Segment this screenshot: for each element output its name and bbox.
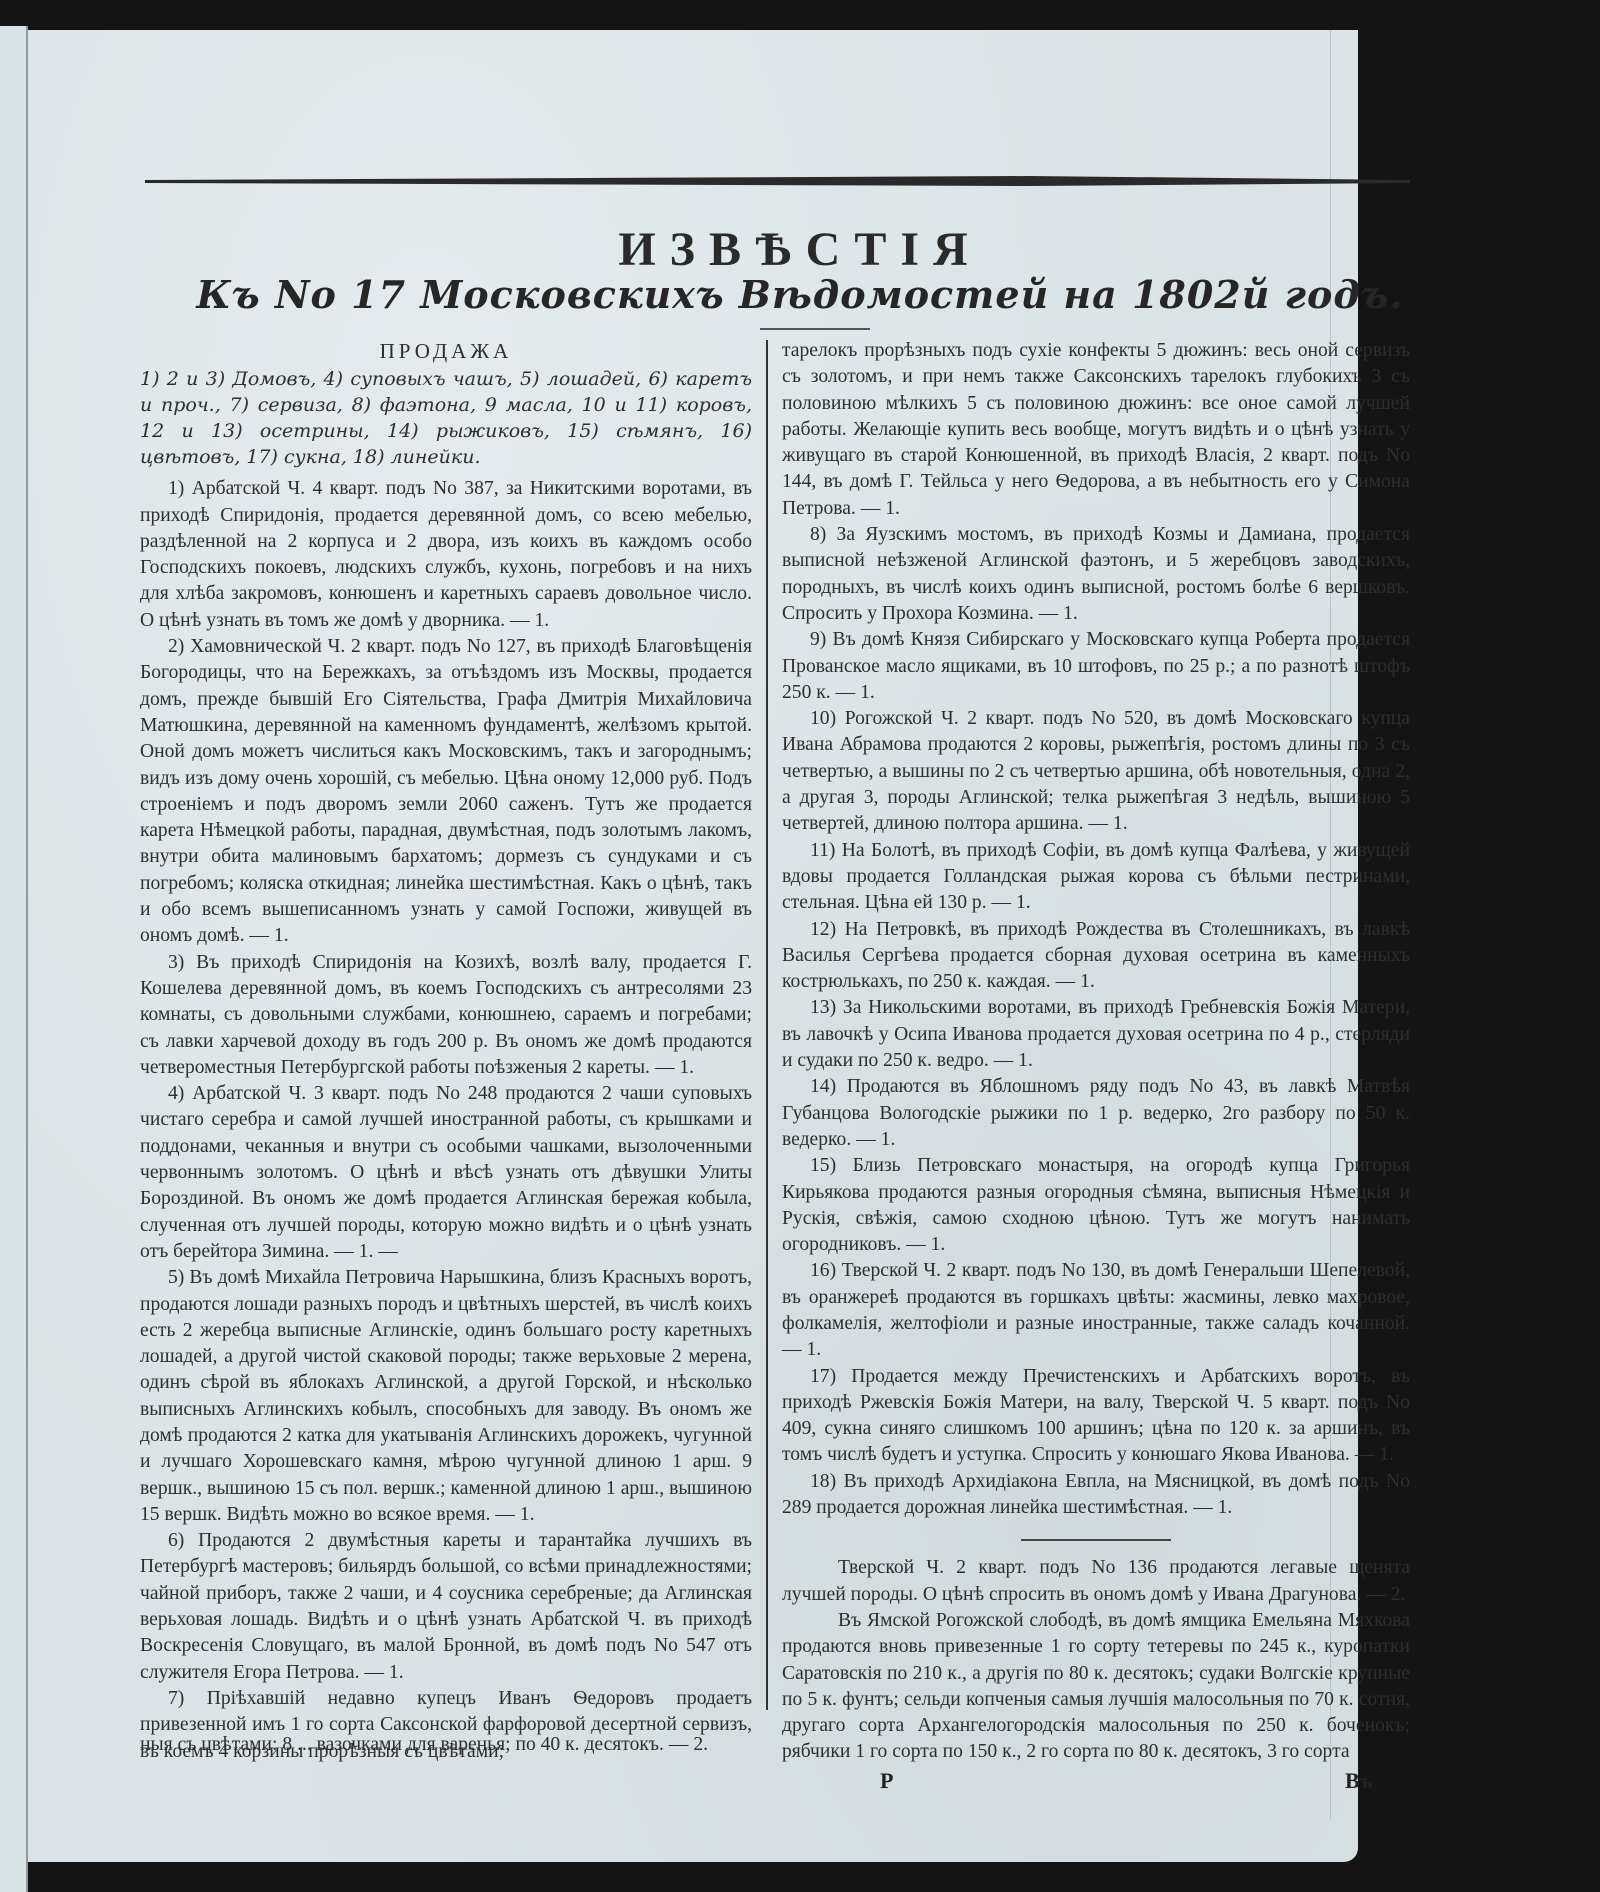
advert-entry: 18) Въ приходѣ Архидіакона Евпла, на Мяс…	[782, 1469, 1410, 1522]
advert-entry: 12) На Петровкѣ, въ приходѣ Рождества въ…	[782, 917, 1410, 996]
advert-entry: 8) За Яузскимъ мостомъ, въ приходѣ Козмы…	[782, 522, 1410, 627]
signature-mark: Р	[880, 1768, 893, 1794]
page-subtitle: Къ No 17 Московскихъ Вѣдомостей на 1802й…	[0, 272, 1600, 317]
title-divider	[760, 328, 870, 330]
advert-entry: 13) За Никольскими воротами, въ приходѣ …	[782, 995, 1410, 1074]
column-divider	[766, 340, 768, 1710]
advert-entry: 14) Продаются въ Яблошномъ ряду подъ No …	[782, 1074, 1410, 1153]
advert-entry: 6) Продаются 2 двумѣстныя кареты и таран…	[140, 1528, 752, 1686]
advert-entry: Тверской Ч. 2 кварт. подъ No 136 продают…	[782, 1555, 1410, 1608]
section-divider	[1021, 1539, 1171, 1541]
advert-entry: 9) Въ домѣ Князя Сибирскаго у Московскаг…	[782, 627, 1410, 706]
advert-entry: 16) Тверской Ч. 2 кварт. подъ No 130, въ…	[782, 1258, 1410, 1363]
advert-entry: 17) Продается между Пречистенскихъ и Арб…	[782, 1364, 1410, 1469]
right-column: тарелокъ прорѣзныхъ подъ сухіе конфекты …	[782, 338, 1410, 1766]
section-summary: 1) 2 и 3) Домовъ, 4) суповыхъ чашъ, 5) л…	[140, 366, 752, 470]
bottom-spanning-line: ныя съ цвѣтами: 8 ... вазочками для варе…	[140, 1734, 1410, 1756]
advert-entry: 2) Хамовнической Ч. 2 кварт. подъ No 127…	[140, 634, 752, 950]
advert-entry: 5) Въ домѣ Михайла Петровича Нарышкина, …	[140, 1265, 752, 1528]
left-column: ПРОДАЖА 1) 2 и 3) Домовъ, 4) суповыхъ ча…	[140, 338, 752, 1765]
advert-entry-continued: тарелокъ прорѣзныхъ подъ сухіе конфекты …	[782, 338, 1410, 522]
advert-entry: 11) На Болотѣ, въ приходѣ Софіи, въ домѣ…	[782, 838, 1410, 917]
advert-entry: 1) Арбатской Ч. 4 кварт. подъ No 387, за…	[140, 476, 752, 634]
advert-entry: 10) Рогожской Ч. 2 кварт. подъ No 520, в…	[782, 706, 1410, 837]
advert-entry: 15) Близь Петровскаго монастыря, на огор…	[782, 1153, 1410, 1258]
advert-entry: 4) Арбатской Ч. 3 кварт. подъ No 248 про…	[140, 1081, 752, 1265]
page-title: ИЗВѢСТІЯ	[0, 222, 1600, 277]
advert-entry: 3) Въ приходѣ Спиридонія на Козихѣ, возл…	[140, 950, 752, 1081]
catchword: Въ	[1345, 1768, 1373, 1794]
section-heading: ПРОДАЖА	[140, 338, 752, 364]
